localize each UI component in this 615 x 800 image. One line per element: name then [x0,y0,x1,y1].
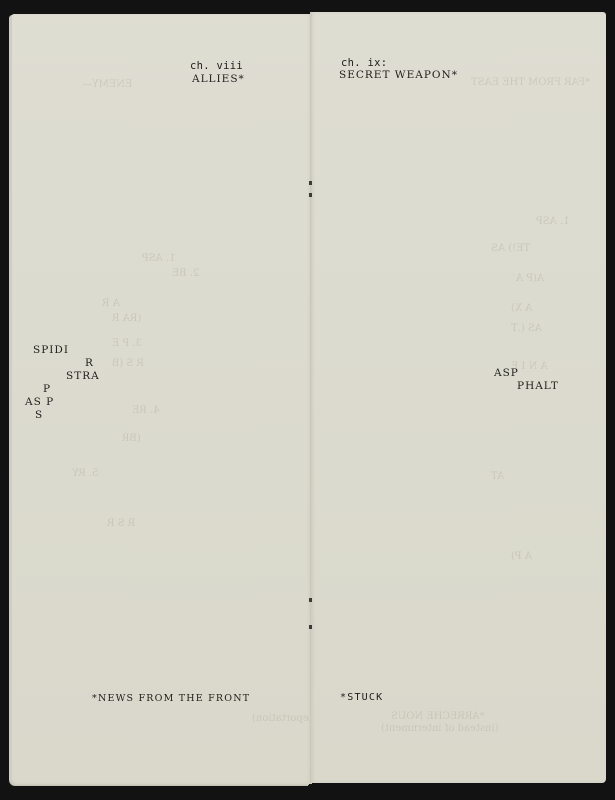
chapter-number-left: ch. viii [190,61,243,72]
show-through-text: 1. ASP [142,254,176,264]
show-through-text: *ARRECHE NOUS [391,712,485,722]
staple-mark [309,625,312,629]
show-through-text: 3. P E [112,339,142,349]
staple-mark [309,181,312,185]
show-through-text: (instead of internment) [381,724,499,734]
book-spine [310,12,312,784]
show-through-text: (BR [122,434,141,444]
staple-mark [309,598,312,602]
right-page: *FAR FROM THE EAST 1. ASP TE!) AS A(P A … [311,12,606,783]
footnote-right: *STUCK [340,693,383,703]
show-through-text: (RA R [112,314,141,324]
show-through-text: A X) [511,304,532,314]
left-page: 1. ASP 2. BE A R (RA R 3. P E R S (B 4. … [12,14,311,784]
show-through-text: 2. BE [172,269,199,279]
chapter-number-right: ch. ix: [341,58,387,69]
poem-line: AS P [25,397,54,408]
poem-line: PHALT [517,381,559,392]
show-through-text: TE!) AS [491,244,530,254]
footnote-left: *NEWS FROM THE FRONT [92,694,250,704]
book-spread: 1. ASP 2. BE A R (RA R 3. P E R S (B 4. … [0,0,615,800]
show-through-text: 1. ASP [536,217,570,227]
show-through-text: *FAR FROM THE EAST [471,78,590,88]
poem-line: SPIDI [33,345,69,356]
show-through-text: ENEMY— [82,80,132,90]
show-through-text: 5. RY [72,469,99,479]
show-through-text: 4. RE [132,406,160,416]
poem-line: STRA [66,371,100,382]
poem-line: R [85,358,94,369]
show-through-text: A P) [511,552,532,562]
chapter-title-right: SECRET WEAPON* [339,70,458,81]
show-through-text: A(P A [516,274,544,284]
poem-line: ASP [494,368,519,379]
show-through-text: AT [491,472,504,482]
show-through-text: R S (B [112,359,144,369]
show-through-text: AS (.T [511,324,542,334]
chapter-title-left: ALLIES* [192,74,245,85]
poem-line: S [35,410,43,421]
show-through-text: R S R [107,519,135,529]
staple-mark [309,193,312,197]
show-through-text: A R [102,299,120,309]
poem-line: P [43,384,51,395]
